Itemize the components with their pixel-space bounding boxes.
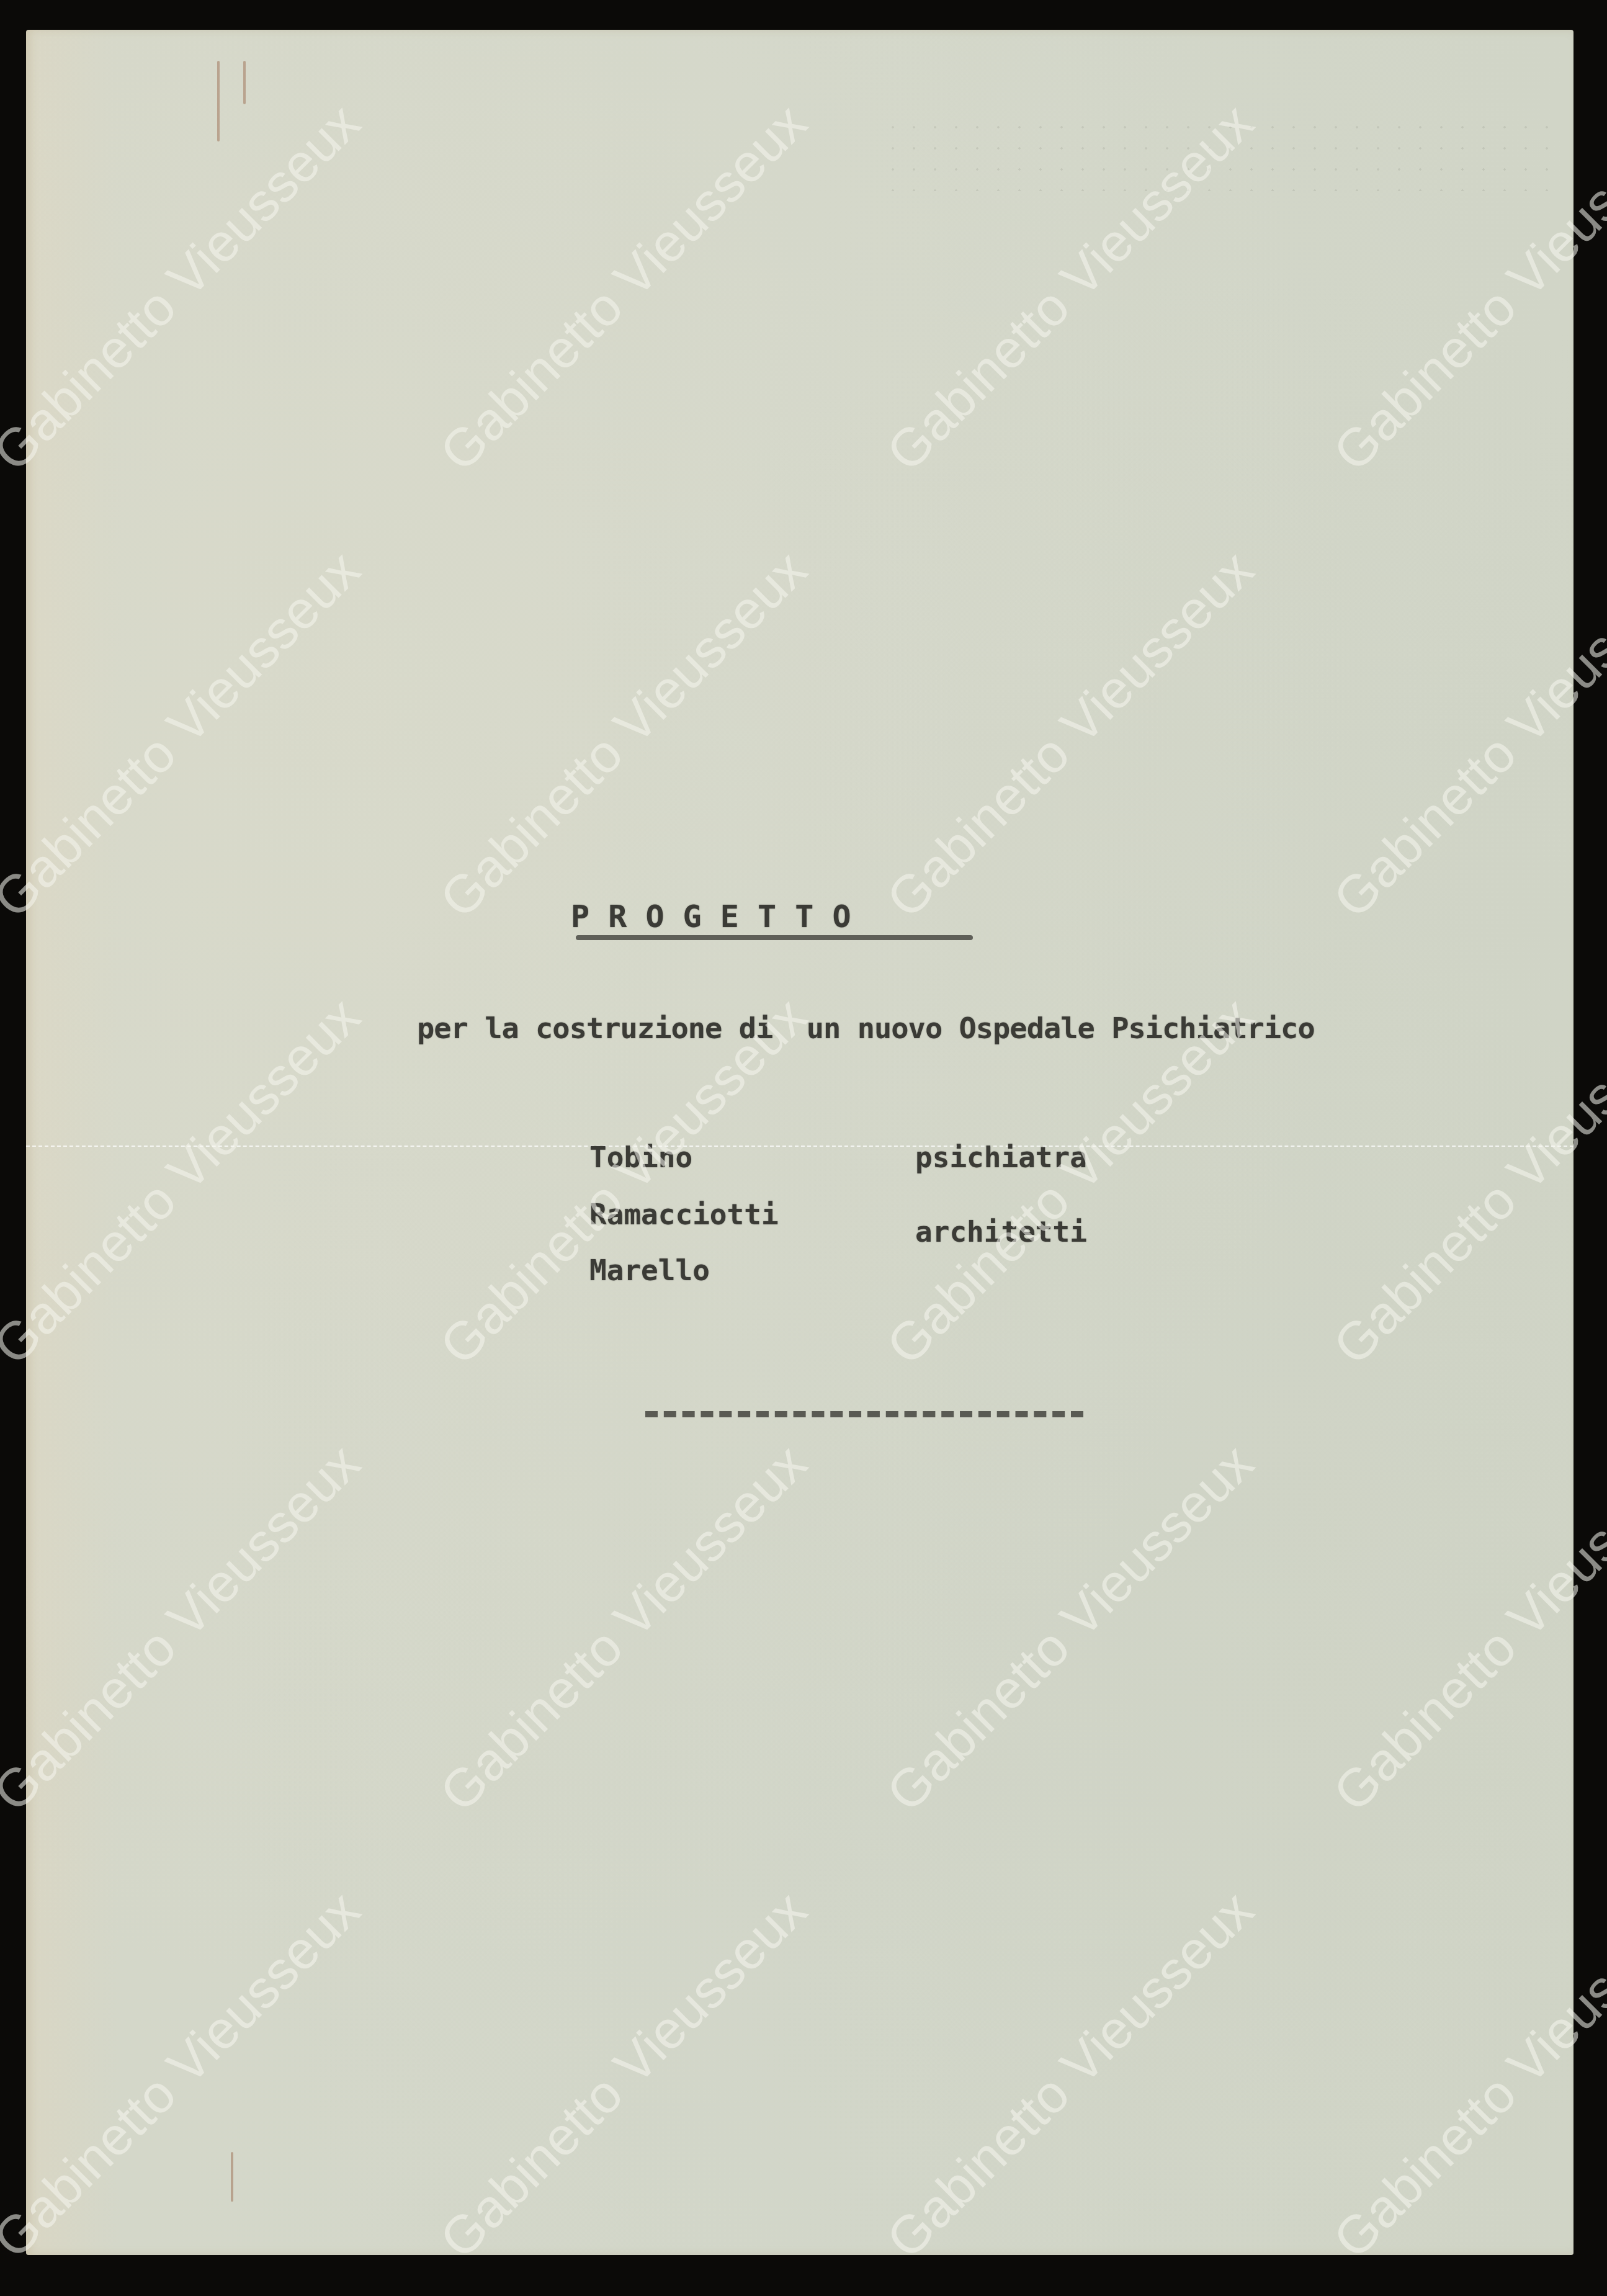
- author-name: Ramacciotti: [589, 1198, 779, 1231]
- document-title: P R O G E T T O: [571, 899, 851, 935]
- title-underline: [576, 935, 973, 940]
- author-role: psichiatra: [915, 1141, 1087, 1174]
- author-role: architetti: [915, 1215, 1087, 1249]
- author-name: Tobino: [589, 1141, 692, 1174]
- fold-line: [26, 1146, 1573, 1147]
- show-through-text: [882, 117, 1565, 191]
- document-page: [26, 30, 1573, 2255]
- rust-stain: [243, 61, 246, 104]
- rust-stain: [231, 2152, 233, 2202]
- author-name: Marello: [589, 1253, 710, 1287]
- rust-stain: [217, 61, 220, 141]
- document-subtitle: per la costruzione di un nuovo Ospedale …: [417, 1011, 1315, 1046]
- closing-divider: [645, 1411, 1083, 1417]
